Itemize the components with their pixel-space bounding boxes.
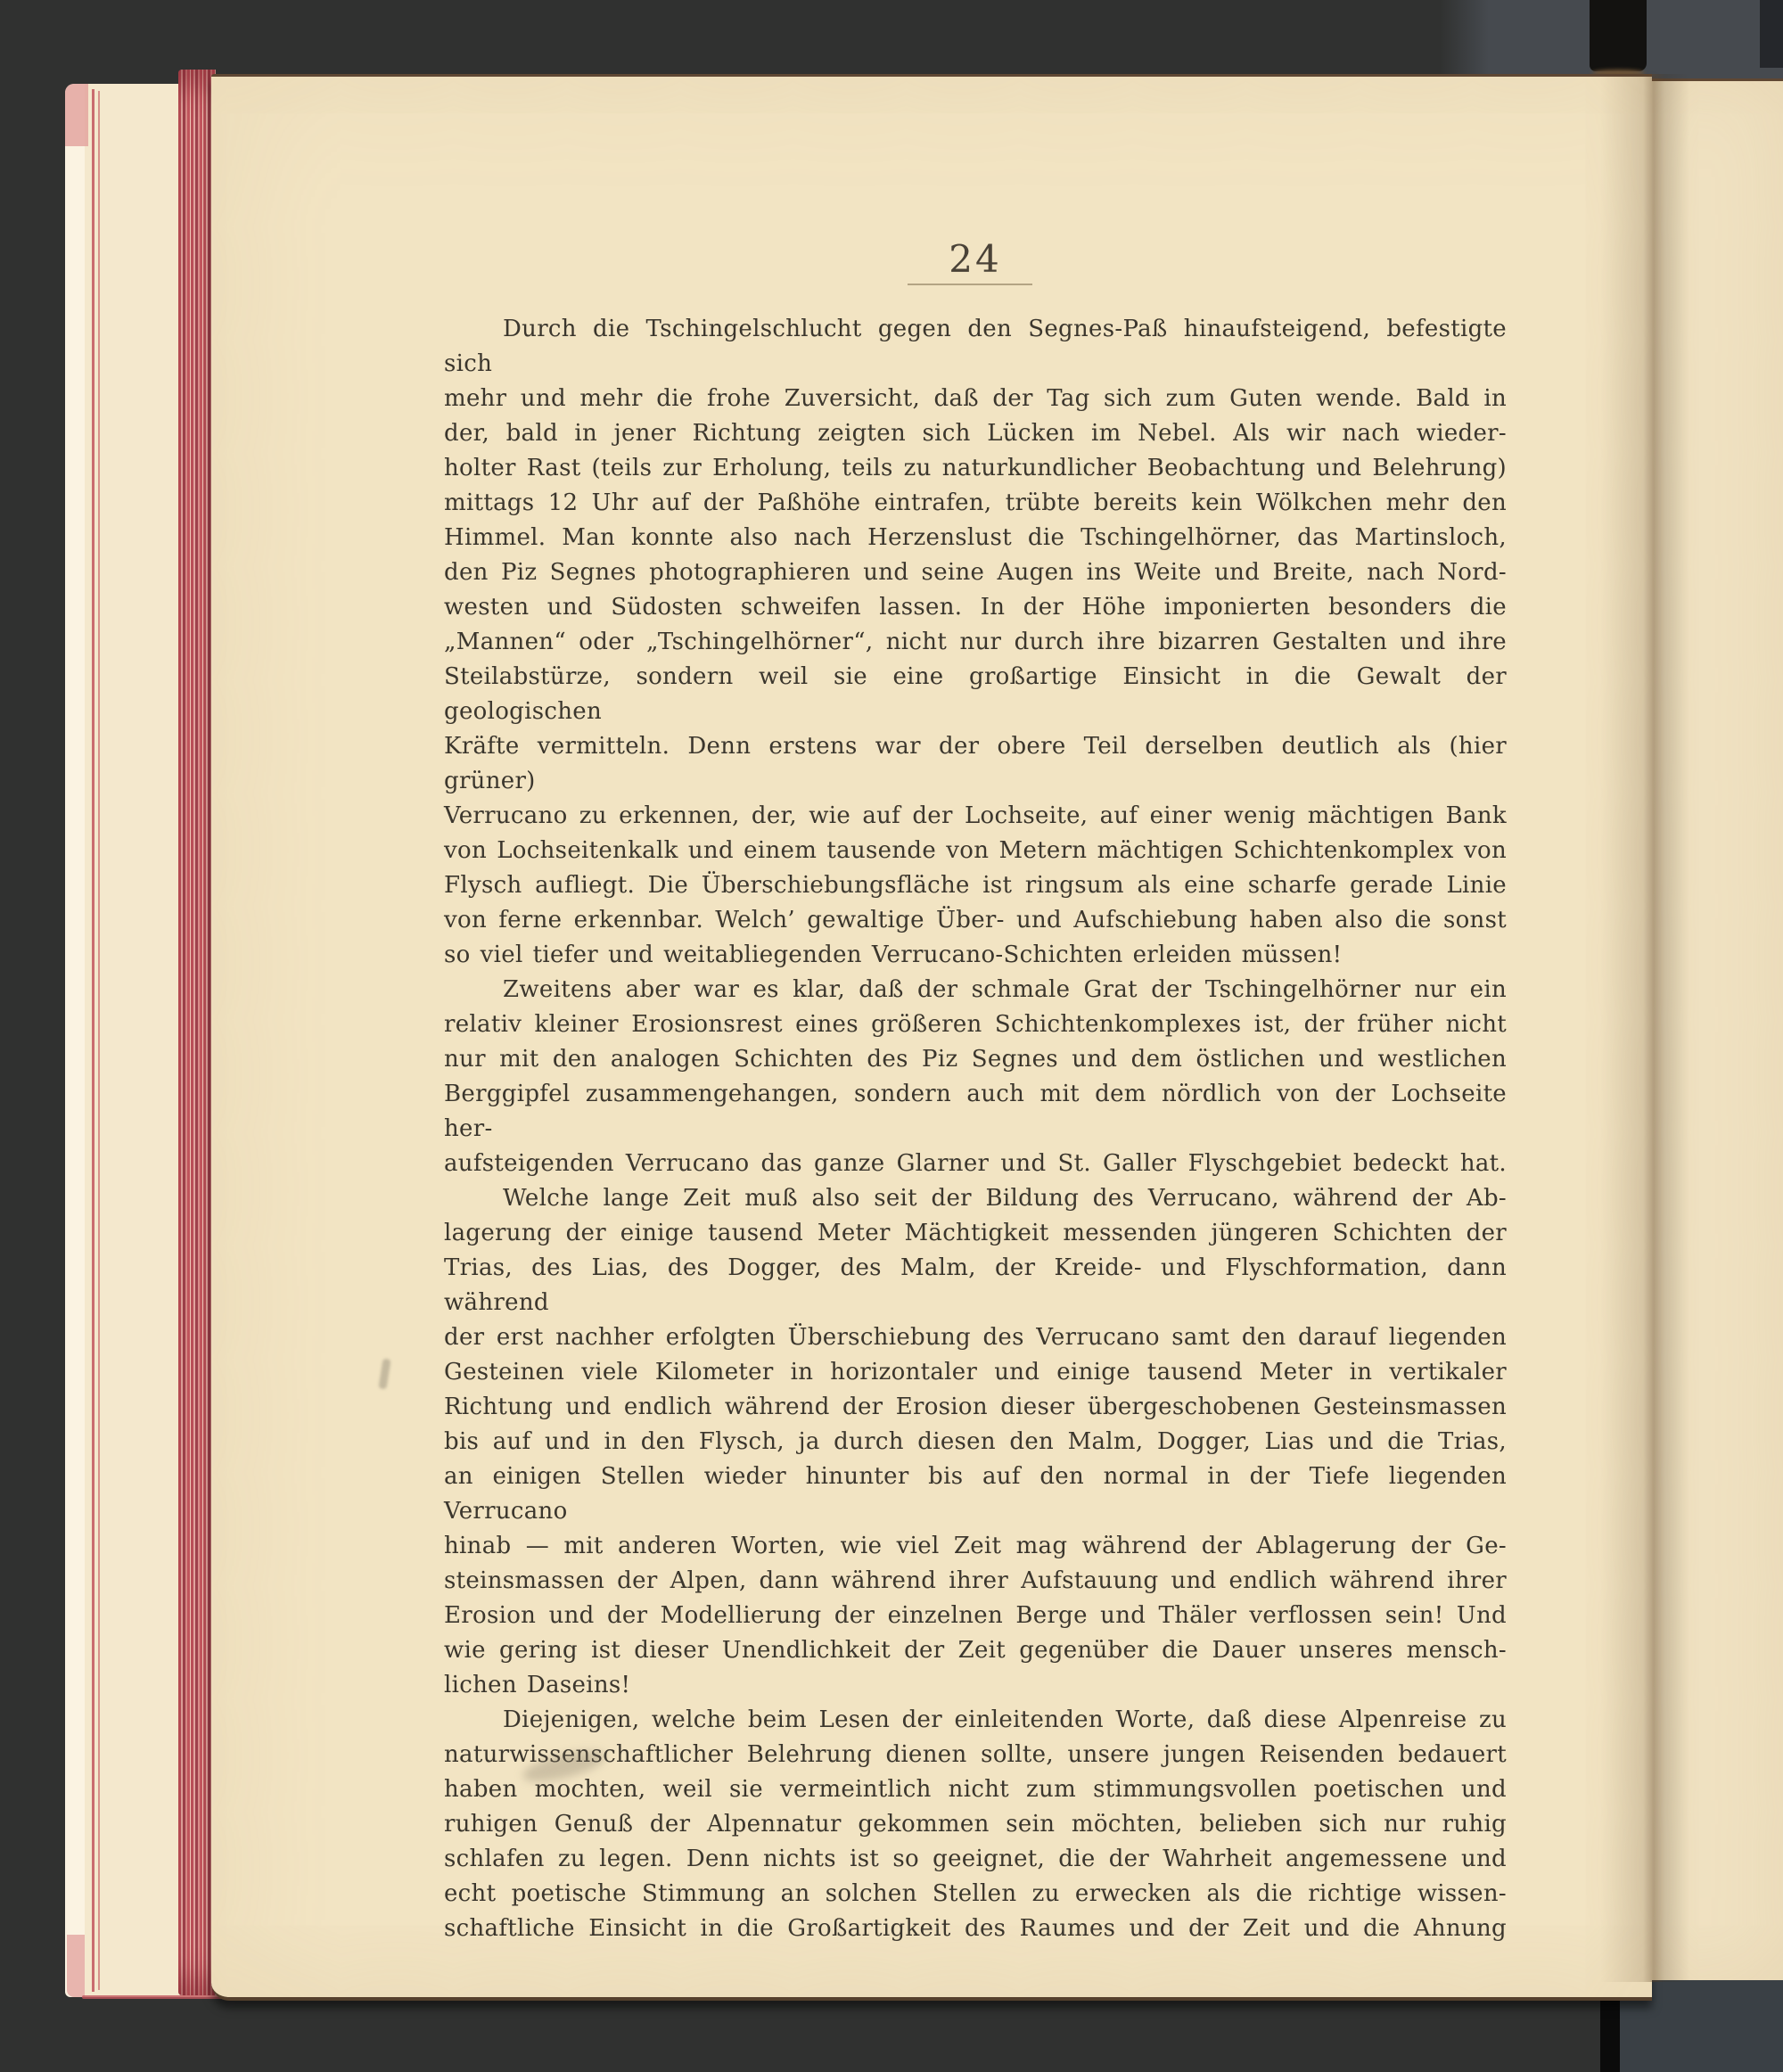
- facing-page-edge: [1652, 78, 1783, 1980]
- text-line: Berggipfel zusammengehangen, sondern auc…: [444, 1077, 1507, 1147]
- text-line: Gesteinen viele Kilometer in horizontale…: [444, 1355, 1507, 1390]
- text-line: Flysch aufliegt. Die Überschiebungsfläch…: [444, 868, 1507, 903]
- paragraph: Diejenigen, welche beim Lesen der einlei…: [444, 1703, 1507, 1946]
- page-text: Durch die Tschingelschlucht gegen den Se…: [444, 312, 1507, 1946]
- paragraph: Zweitens aber war es klar, daß der schma…: [444, 973, 1507, 1181]
- text-line: Richtung und endlich während der Erosion…: [444, 1390, 1507, 1425]
- text-line: Himmel. Man konnte also nach Herzenslust…: [444, 521, 1507, 555]
- text-line: schlafen zu legen. Denn nichts ist so ge…: [444, 1842, 1507, 1877]
- text-line: haben mochten, weil sie vermeintlich nic…: [444, 1772, 1507, 1807]
- text-line: bis auf und in den Flysch, ja durch dies…: [444, 1425, 1507, 1459]
- text-line: der erst nachher erfolgten Überschiebung…: [444, 1320, 1507, 1355]
- text-line: Trias, des Lias, des Dogger, des Malm, d…: [444, 1251, 1507, 1320]
- text-line: relativ kleiner Erosionsrest eines größe…: [444, 1007, 1507, 1042]
- text-line: westen und Südosten schweifen lassen. In…: [444, 590, 1507, 625]
- book-scan-scene: 24 Durch die Tschingelschlucht gegen den…: [0, 0, 1783, 2072]
- text-line: „Mannen“ oder „Tschingelhörner“, nicht n…: [444, 625, 1507, 660]
- text-line: mehr und mehr die frohe Zuversicht, daß …: [444, 382, 1507, 416]
- text-line: nur mit den analogen Schichten des Piz S…: [444, 1042, 1507, 1077]
- text-line: so viel tiefer und weitabliegenden Verru…: [444, 938, 1507, 973]
- text-line: Verrucano zu erkennen, der, wie auf der …: [444, 799, 1507, 834]
- text-line: schaftliche Einsicht in die Großartigkei…: [444, 1912, 1507, 1946]
- text-line: echt poetische Stimmung an solchen Stell…: [444, 1877, 1507, 1912]
- text-line: lagerung der einige tausend Meter Mächti…: [444, 1216, 1507, 1251]
- red-stained-corner-top: [65, 84, 88, 146]
- text-line: Durch die Tschingelschlucht gegen den Se…: [444, 312, 1507, 382]
- text-line: Diejenigen, welche beim Lesen der einlei…: [444, 1703, 1507, 1738]
- red-stained-corner-bottom: [67, 1935, 85, 1997]
- desk-shadow-top-right: [1760, 0, 1783, 68]
- page-number: 24: [444, 237, 1507, 281]
- text-line: Erosion und der Modellierung der einzeln…: [444, 1599, 1507, 1633]
- text-line: Steilabstürze, sondern weil sie eine gro…: [444, 660, 1507, 729]
- text-line: ruhigen Genuß der Alpennatur gekommen se…: [444, 1807, 1507, 1842]
- text-line: lichen Daseins!: [444, 1668, 1507, 1703]
- paragraph: Durch die Tschingelschlucht gegen den Se…: [444, 312, 1507, 973]
- page-number-rule: [908, 284, 1032, 285]
- text-line: aufsteigenden Verrucano das ganze Glarne…: [444, 1147, 1507, 1181]
- text-line: Zweitens aber war es klar, daß der schma…: [444, 973, 1507, 1007]
- text-line: holter Rast (teils zur Erholung, teils z…: [444, 451, 1507, 486]
- text-line: von ferne erkennbar. Welch’ gewaltige Üb…: [444, 903, 1507, 938]
- text-line: mittags 12 Uhr auf der Paßhöhe eintrafen…: [444, 486, 1507, 521]
- red-edge-line: [98, 91, 100, 1990]
- text-line: steinsmassen der Alpen, dann während ihr…: [444, 1564, 1507, 1599]
- text-line: an einigen Stellen wieder hinunter bis a…: [444, 1459, 1507, 1529]
- red-edge-line: [92, 89, 94, 1992]
- red-stained-fore-edge-stack: [178, 70, 216, 1995]
- text-line: den Piz Segnes photographieren und seine…: [444, 555, 1507, 590]
- text-line: Welche lange Zeit muß also seit der Bild…: [444, 1181, 1507, 1216]
- text-line: der, bald in jener Richtung zeigten sich…: [444, 416, 1507, 451]
- text-line: Kräfte vermitteln. Denn erstens war der …: [444, 729, 1507, 799]
- text-line: wie gering ist dieser Unendlichkeit der …: [444, 1633, 1507, 1668]
- red-edge-bottom-line: [82, 1995, 225, 1999]
- text-line: hinab — mit anderen Worten, wie viel Zei…: [444, 1529, 1507, 1564]
- bookmark-ribbon: [1590, 0, 1647, 71]
- text-line: von Lochseitenkalk und einem tausende vo…: [444, 834, 1507, 868]
- paragraph: Welche lange Zeit muß also seit der Bild…: [444, 1181, 1507, 1703]
